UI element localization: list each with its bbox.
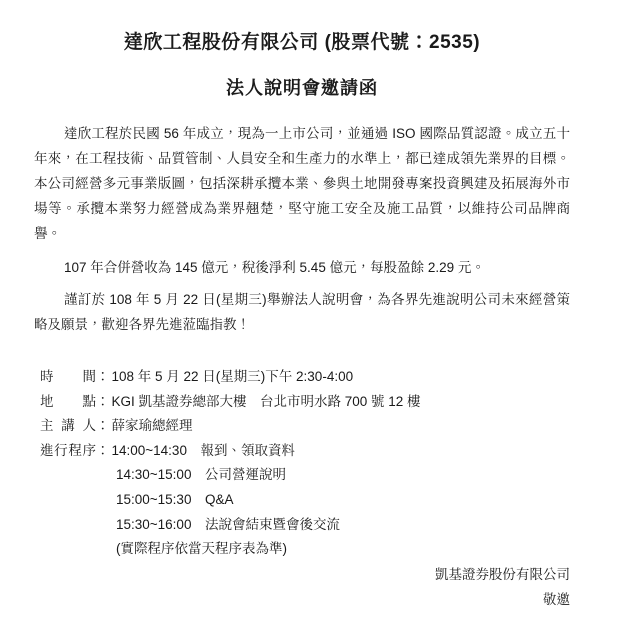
agenda-item-3: 15:00~15:30 Q&A	[40, 488, 570, 513]
paragraph-financial-results: 107 年合併營收為 145 億元，稅後淨利 5.45 億元，每股盈餘 2.29…	[34, 255, 570, 280]
document-subtitle: 法人說明會邀請函	[34, 75, 570, 101]
agenda-item-1: 14:00~14:30 報到、領取資料	[112, 443, 295, 458]
detail-label-speaker: 主 講 人	[40, 414, 96, 439]
detail-row-location: 地 點：KGI 凱基證券總部大樓 台北市明水路 700 號 12 樓	[40, 390, 570, 415]
detail-row-time: 時 間：108 年 5 月 22 日(星期三)下午 2:30-4:00	[40, 365, 570, 390]
agenda-item-4: 15:30~16:00 法說會結束暨會後交流	[40, 513, 570, 538]
detail-label-location: 地 點	[40, 390, 96, 415]
signature-company: 凱基證券股份有限公司	[34, 562, 570, 587]
paragraph-company-intro: 達欣工程於民國 56 年成立，現為一上市公司，並通過 ISO 國際品質認證。成立…	[34, 121, 570, 246]
detail-separator: ：	[96, 369, 112, 384]
detail-value-time: 108 年 5 月 22 日(星期三)下午 2:30-4:00	[112, 369, 354, 384]
detail-label-agenda: 進行程序	[40, 439, 96, 464]
detail-row-speaker: 主 講 人：薛家瑜總經理	[40, 414, 570, 439]
detail-row-agenda: 進行程序：14:00~14:30 報到、領取資料	[40, 439, 570, 464]
invitation-document: 達欣工程股份有限公司 (股票代號：2535) 法人說明會邀請函 達欣工程於民國 …	[0, 0, 628, 617]
signature-block: 凱基證券股份有限公司 敬邀	[34, 562, 570, 612]
agenda-note: (實際程序依當天程序表為準)	[40, 537, 570, 562]
signature-closing: 敬邀	[34, 587, 570, 612]
event-details: 時 間：108 年 5 月 22 日(星期三)下午 2:30-4:00 地 點：…	[34, 365, 570, 562]
agenda-item-2: 14:30~15:00 公司營運說明	[40, 463, 570, 488]
paragraph-invitation: 謹訂於 108 年 5 月 22 日(星期三)舉辦法人說明會，為各界先進說明公司…	[34, 287, 570, 337]
document-title: 達欣工程股份有限公司 (股票代號：2535)	[34, 30, 570, 56]
detail-label-time: 時 間	[40, 365, 96, 390]
detail-separator: ：	[96, 418, 112, 433]
detail-value-speaker: 薛家瑜總經理	[112, 418, 193, 433]
detail-separator: ：	[96, 443, 112, 458]
detail-value-location: KGI 凱基證券總部大樓 台北市明水路 700 號 12 樓	[112, 394, 421, 409]
detail-separator: ：	[96, 394, 112, 409]
